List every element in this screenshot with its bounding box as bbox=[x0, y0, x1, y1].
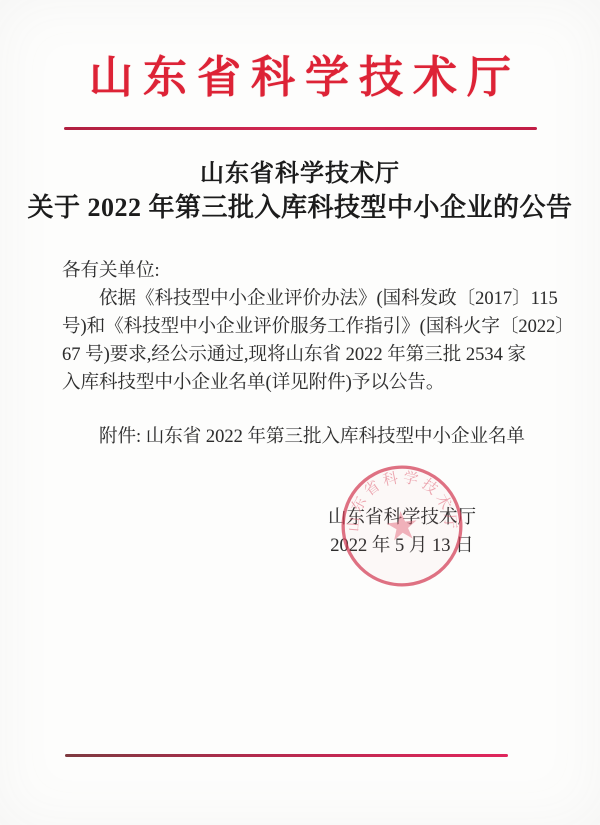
letterhead-divider bbox=[64, 127, 537, 130]
document-page: 山东省科学技术厅 山东省科学技术厅 关于 2022 年第三批入库科技型中小企业的… bbox=[0, 0, 600, 825]
body-line: 67 号)要求,经公示通过,现将山东省 2022 年第三批 2534 家 bbox=[62, 341, 540, 369]
body-line: 号)和《科技型中小企业评价服务工作指引》(国科火字〔2022〕 bbox=[62, 313, 540, 341]
salutation: 各有关单位: bbox=[62, 257, 540, 285]
document-title-line2: 关于 2022 年第三批入库科技型中小企业的公告 bbox=[0, 190, 600, 226]
document-title-line1: 山东省科学技术厅 bbox=[0, 158, 600, 190]
body-line: 入库科技型中小企业名单(详见附件)予以公告。 bbox=[62, 369, 540, 397]
body-line: 依据《科技型中小企业评价办法》(国科发政〔2017〕115 bbox=[62, 285, 540, 313]
signature-date: 2022 年 5 月 13 日 bbox=[318, 532, 486, 560]
attachment-line: 附件: 山东省 2022 年第三批入库科技型中小企业名单 bbox=[62, 423, 525, 451]
document-title: 山东省科学技术厅 关于 2022 年第三批入库科技型中小企业的公告 bbox=[0, 158, 600, 226]
letterhead-title: 山东省科学技术厅 bbox=[0, 52, 600, 104]
body-text: 各有关单位: 依据《科技型中小企业评价办法》(国科发政〔2017〕115 号)和… bbox=[62, 257, 540, 397]
signature-agency: 山东省科学技术厅 bbox=[318, 504, 486, 532]
footer-divider bbox=[65, 754, 508, 757]
signature-block: 山东省科学技术厅 2022 年 5 月 13 日 bbox=[318, 504, 486, 560]
